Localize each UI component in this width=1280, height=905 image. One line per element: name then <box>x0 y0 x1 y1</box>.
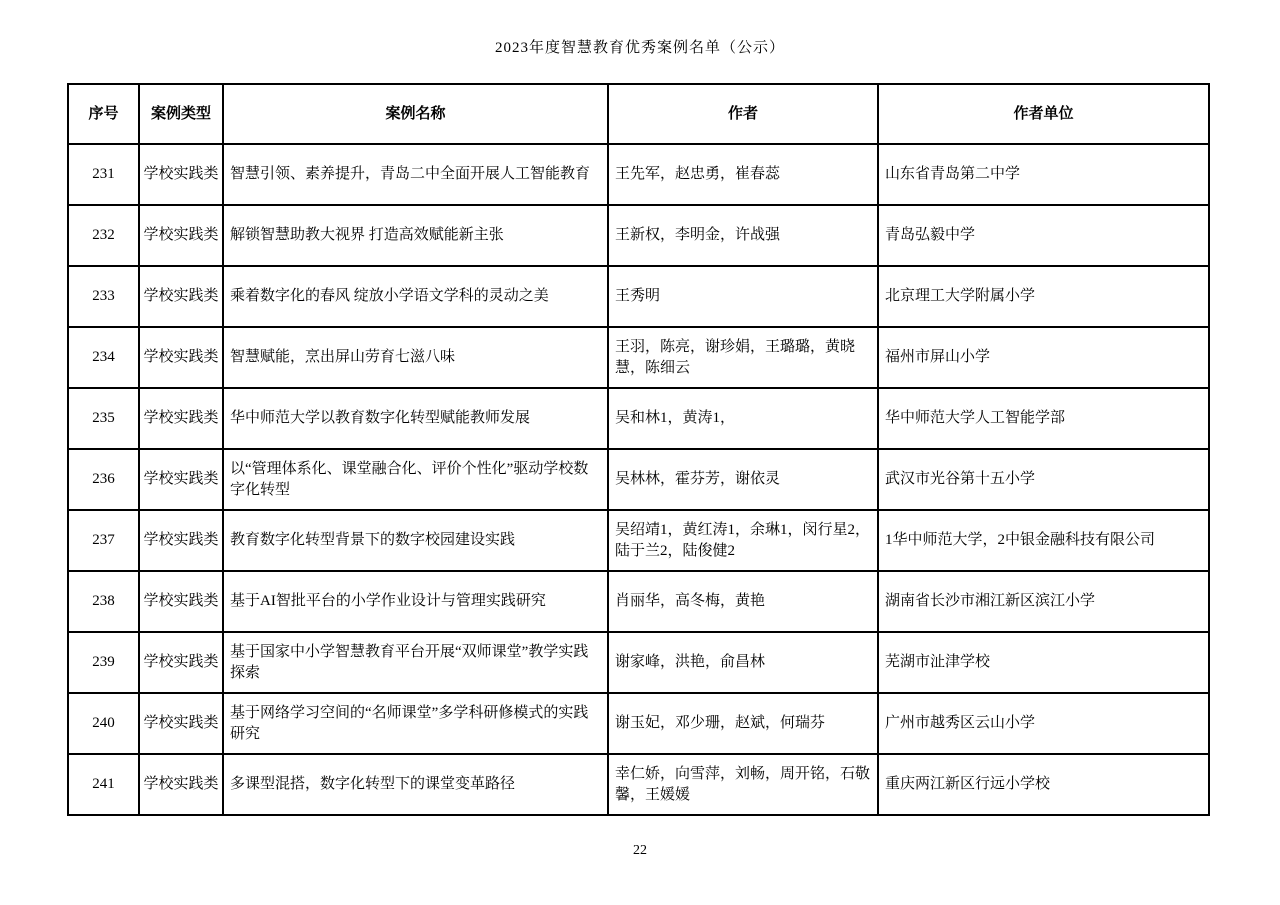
serial-cell: 239 <box>68 632 139 693</box>
table-row: 231 学校实践类 智慧引领、素养提升，青岛二中全面开展人工智能教育 王先军，赵… <box>68 144 1209 205</box>
name-cell: 基于AI智批平台的小学作业设计与管理实践研究 <box>223 571 608 632</box>
name-cell: 华中师范大学以教育数字化转型赋能教师发展 <box>223 388 608 449</box>
org-cell: 福州市屏山小学 <box>878 327 1209 388</box>
type-cell: 学校实践类 <box>139 449 223 510</box>
serial-cell: 232 <box>68 205 139 266</box>
table-header-row: 序号 案例类型 案例名称 作者 作者单位 <box>68 84 1209 144</box>
authors-cell: 谢家峰，洪艳，俞昌林 <box>608 632 878 693</box>
serial-cell: 236 <box>68 449 139 510</box>
table-row: 234 学校实践类 智慧赋能，烹出屏山劳育七滋八味 王羽，陈亮，谢珍娟，王璐璐，… <box>68 327 1209 388</box>
authors-cell: 幸仁娇，向雪萍，刘畅，周开铭，石敬馨，王媛媛 <box>608 754 878 815</box>
table-row: 238 学校实践类 基于AI智批平台的小学作业设计与管理实践研究 肖丽华，高冬梅… <box>68 571 1209 632</box>
header-serial: 序号 <box>68 84 139 144</box>
name-cell: 解锁智慧助教大视界 打造高效赋能新主张 <box>223 205 608 266</box>
name-cell: 智慧赋能，烹出屏山劳育七滋八味 <box>223 327 608 388</box>
authors-cell: 吴林林，霍芬芳，谢依灵 <box>608 449 878 510</box>
name-cell: 智慧引领、素养提升，青岛二中全面开展人工智能教育 <box>223 144 608 205</box>
cases-table: 序号 案例类型 案例名称 作者 作者单位 231 学校实践类 智慧引领、素养提升… <box>67 83 1210 816</box>
type-cell: 学校实践类 <box>139 266 223 327</box>
type-cell: 学校实践类 <box>139 327 223 388</box>
name-cell: 教育数字化转型背景下的数字校园建设实践 <box>223 510 608 571</box>
type-cell: 学校实践类 <box>139 510 223 571</box>
document-title: 2023年度智慧教育优秀案例名单（公示） <box>0 36 1280 57</box>
org-cell: 芜湖市沚津学校 <box>878 632 1209 693</box>
org-cell: 广州市越秀区云山小学 <box>878 693 1209 754</box>
org-cell: 1华中师范大学，2中银金融科技有限公司 <box>878 510 1209 571</box>
org-cell: 武汉市光谷第十五小学 <box>878 449 1209 510</box>
type-cell: 学校实践类 <box>139 693 223 754</box>
serial-cell: 233 <box>68 266 139 327</box>
header-case-type: 案例类型 <box>139 84 223 144</box>
type-cell: 学校实践类 <box>139 571 223 632</box>
serial-cell: 234 <box>68 327 139 388</box>
type-cell: 学校实践类 <box>139 632 223 693</box>
table-row: 235 学校实践类 华中师范大学以教育数字化转型赋能教师发展 吴和林1，黄涛1，… <box>68 388 1209 449</box>
org-cell: 青岛弘毅中学 <box>878 205 1209 266</box>
header-org: 作者单位 <box>878 84 1209 144</box>
serial-cell: 238 <box>68 571 139 632</box>
org-cell: 山东省青岛第二中学 <box>878 144 1209 205</box>
table-row: 232 学校实践类 解锁智慧助教大视界 打造高效赋能新主张 王新权，李明金，许战… <box>68 205 1209 266</box>
name-cell: 乘着数字化的春风 绽放小学语文学科的灵动之美 <box>223 266 608 327</box>
serial-cell: 241 <box>68 754 139 815</box>
header-case-name: 案例名称 <box>223 84 608 144</box>
authors-cell: 吴绍靖1，黄红涛1，余琳1，闵行星2，陆于兰2，陆俊健2 <box>608 510 878 571</box>
org-cell: 湖南省长沙市湘江新区滨江小学 <box>878 571 1209 632</box>
table-row: 237 学校实践类 教育数字化转型背景下的数字校园建设实践 吴绍靖1，黄红涛1，… <box>68 510 1209 571</box>
org-cell: 华中师范大学人工智能学部 <box>878 388 1209 449</box>
table-row: 240 学校实践类 基于网络学习空间的“名师课堂”多学科研修模式的实践研究 谢玉… <box>68 693 1209 754</box>
name-cell: 多课型混搭，数字化转型下的课堂变革路径 <box>223 754 608 815</box>
org-cell: 北京理工大学附属小学 <box>878 266 1209 327</box>
serial-cell: 231 <box>68 144 139 205</box>
table-row: 236 学校实践类 以“管理体系化、课堂融合化、评价个性化”驱动学校数字化转型 … <box>68 449 1209 510</box>
serial-cell: 240 <box>68 693 139 754</box>
table-row: 233 学校实践类 乘着数字化的春风 绽放小学语文学科的灵动之美 王秀明 北京理… <box>68 266 1209 327</box>
type-cell: 学校实践类 <box>139 754 223 815</box>
type-cell: 学校实践类 <box>139 388 223 449</box>
name-cell: 以“管理体系化、课堂融合化、评价个性化”驱动学校数字化转型 <box>223 449 608 510</box>
serial-cell: 237 <box>68 510 139 571</box>
authors-cell: 王秀明 <box>608 266 878 327</box>
document-page: 2023年度智慧教育优秀案例名单（公示） 序号 案例类型 案例名称 作者 作者单… <box>0 0 1280 905</box>
authors-cell: 王羽，陈亮，谢珍娟，王璐璐，黄晓慧，陈细云 <box>608 327 878 388</box>
header-authors: 作者 <box>608 84 878 144</box>
type-cell: 学校实践类 <box>139 205 223 266</box>
name-cell: 基于国家中小学智慧教育平台开展“双师课堂”教学实践探索 <box>223 632 608 693</box>
authors-cell: 吴和林1，黄涛1， <box>608 388 878 449</box>
authors-cell: 王新权，李明金，许战强 <box>608 205 878 266</box>
table-row: 241 学校实践类 多课型混搭，数字化转型下的课堂变革路径 幸仁娇，向雪萍，刘畅… <box>68 754 1209 815</box>
type-cell: 学校实践类 <box>139 144 223 205</box>
serial-cell: 235 <box>68 388 139 449</box>
table-row: 239 学校实践类 基于国家中小学智慧教育平台开展“双师课堂”教学实践探索 谢家… <box>68 632 1209 693</box>
authors-cell: 谢玉妃，邓少珊，赵斌，何瑞芬 <box>608 693 878 754</box>
name-cell: 基于网络学习空间的“名师课堂”多学科研修模式的实践研究 <box>223 693 608 754</box>
page-number: 22 <box>0 843 1280 859</box>
authors-cell: 王先军，赵忠勇，崔春蕊 <box>608 144 878 205</box>
org-cell: 重庆两江新区行远小学校 <box>878 754 1209 815</box>
authors-cell: 肖丽华，高冬梅，黄艳 <box>608 571 878 632</box>
